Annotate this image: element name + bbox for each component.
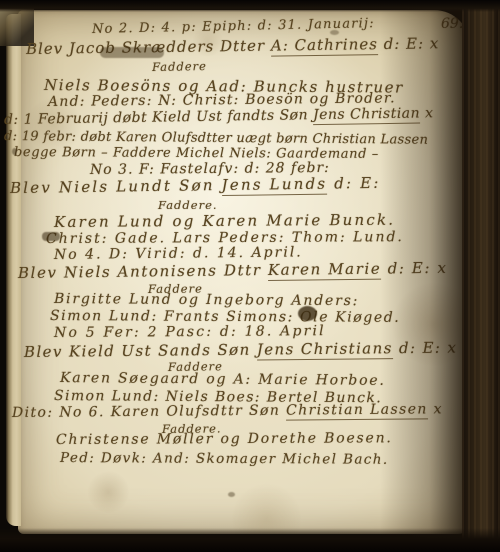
photo-border-bottom [0,528,500,552]
ink-speck [228,492,235,497]
ink-speck [330,30,339,35]
ink-smudge [100,47,164,58]
ink-blot [42,232,60,241]
photo-border-top [0,0,500,12]
book-binding [462,0,500,552]
ink-speck [12,148,17,155]
register-page [18,10,470,534]
page-edge-left [6,14,21,526]
page-number: 69. [441,16,463,32]
scanned-register-photo: No 2. D: 4. p: Epiph: d: 31. Januarij:Bl… [0,0,500,552]
ink-blot [298,306,317,321]
